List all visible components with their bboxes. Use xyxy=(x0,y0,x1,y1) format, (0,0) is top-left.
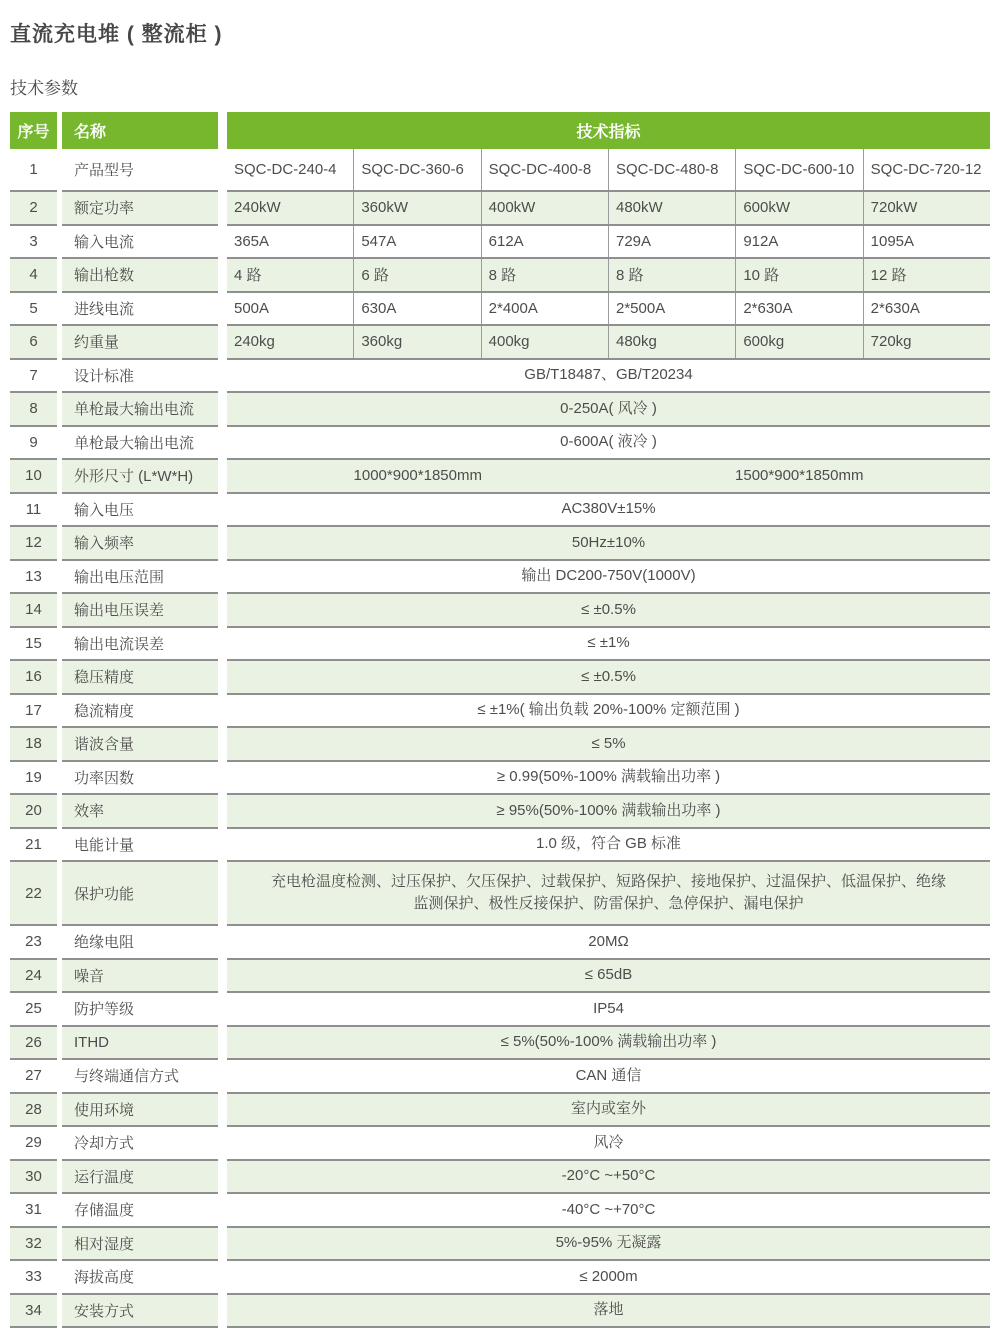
model-cell: 912A xyxy=(735,226,862,258)
table-row: 19功率因数≥ 0.99(50%-100% 满载输出功率 ) xyxy=(10,762,990,796)
table-row: 7设计标准GB/T18487、GB/T20234 xyxy=(10,360,990,394)
row-spec: -40°C ~+70°C xyxy=(227,1194,990,1228)
table-row: 12输入频率50Hz±10% xyxy=(10,527,990,561)
row-seq: 6 xyxy=(10,326,57,360)
dual-values: 1000*900*1850mm1500*900*1850mm xyxy=(227,467,990,484)
model-columns: 500A630A2*400A2*500A2*630A2*630A xyxy=(227,293,990,325)
row-name: 存储温度 xyxy=(62,1194,218,1228)
row-seq: 8 xyxy=(10,393,57,427)
table-row: 21电能计量1.0 级，符合 GB 标准 xyxy=(10,829,990,863)
dual-value: 1000*900*1850mm xyxy=(227,467,609,484)
row-seq: 26 xyxy=(10,1027,57,1061)
row-spec: 50Hz±10% xyxy=(227,527,990,561)
row-seq: 29 xyxy=(10,1127,57,1161)
row-seq: 31 xyxy=(10,1194,57,1228)
spec-value: ≥ 0.99(50%-100% 满载输出功率 ) xyxy=(227,766,990,788)
row-name: 电能计量 xyxy=(62,829,218,863)
model-cell: 2*400A xyxy=(481,293,608,325)
row-name: 防护等级 xyxy=(62,993,218,1027)
row-seq: 25 xyxy=(10,993,57,1027)
spec-value: ≤ 5%(50%-100% 满载输出功率 ) xyxy=(227,1031,990,1053)
model-columns: 365A547A612A729A912A1095A xyxy=(227,226,990,258)
row-name: 单枪最大输出电流 xyxy=(62,427,218,461)
spec-value: 1.0 级，符合 GB 标准 xyxy=(227,833,990,855)
model-cell: SQC-DC-600-10 xyxy=(735,149,862,190)
model-cell: 365A xyxy=(227,226,353,258)
model-cell: 600kg xyxy=(735,326,862,358)
row-name: 使用环境 xyxy=(62,1094,218,1128)
table-row: 22保护功能充电枪温度检测、过压保护、欠压保护、过载保护、短路保护、接地保护、过… xyxy=(10,862,990,926)
spec-value: 20MΩ xyxy=(227,931,990,953)
table-row: 25防护等级IP54 xyxy=(10,993,990,1027)
row-name: 稳压精度 xyxy=(62,661,218,695)
table-body: 1产品型号SQC-DC-240-4SQC-DC-360-6SQC-DC-400-… xyxy=(10,149,990,1328)
row-spec: 500A630A2*400A2*500A2*630A2*630A xyxy=(227,293,990,327)
model-cell: 612A xyxy=(481,226,608,258)
table-row: 16稳压精度≤ ±0.5% xyxy=(10,661,990,695)
row-spec: ≤ 5% xyxy=(227,728,990,762)
model-cell: 720kW xyxy=(863,192,990,224)
model-cell: 6 路 xyxy=(353,259,480,291)
row-name: 绝缘电阻 xyxy=(62,926,218,960)
row-seq: 24 xyxy=(10,960,57,994)
row-name: 功率因数 xyxy=(62,762,218,796)
table-row: 5进线电流500A630A2*400A2*500A2*630A2*630A xyxy=(10,293,990,327)
table-row: 10外形尺寸 (L*W*H)1000*900*1850mm1500*900*18… xyxy=(10,460,990,494)
model-cell: 12 路 xyxy=(863,259,990,291)
spec-value: 充电枪温度检测、过压保护、欠压保护、过载保护、短路保护、接地保护、过温保护、低温… xyxy=(227,871,990,915)
row-spec: 风冷 xyxy=(227,1127,990,1161)
row-name: 输出电流误差 xyxy=(62,628,218,662)
row-seq: 33 xyxy=(10,1261,57,1295)
spec-value: ≥ 95%(50%-100% 满载输出功率 ) xyxy=(227,800,990,822)
model-cell: 2*500A xyxy=(608,293,735,325)
spec-value: -40°C ~+70°C xyxy=(227,1199,990,1221)
table-row: 11输入电压AC380V±15% xyxy=(10,494,990,528)
model-cell: SQC-DC-480-8 xyxy=(608,149,735,190)
table-row: 1产品型号SQC-DC-240-4SQC-DC-360-6SQC-DC-400-… xyxy=(10,149,990,192)
row-name: 输出电压误差 xyxy=(62,594,218,628)
row-spec: IP54 xyxy=(227,993,990,1027)
row-name: 运行温度 xyxy=(62,1161,218,1195)
model-cell: 1095A xyxy=(863,226,990,258)
row-spec: 365A547A612A729A912A1095A xyxy=(227,226,990,260)
table-row: 14输出电压误差≤ ±0.5% xyxy=(10,594,990,628)
table-row: 32相对湿度5%-95% 无凝露 xyxy=(10,1228,990,1262)
row-seq: 2 xyxy=(10,192,57,226)
model-cell: 2*630A xyxy=(863,293,990,325)
row-seq: 4 xyxy=(10,259,57,293)
row-name: 进线电流 xyxy=(62,293,218,327)
table-row: 23绝缘电阻20MΩ xyxy=(10,926,990,960)
row-seq: 1 xyxy=(10,149,57,192)
table-row: 20效率≥ 95%(50%-100% 满载输出功率 ) xyxy=(10,795,990,829)
model-cell: 360kg xyxy=(353,326,480,358)
row-name: 约重量 xyxy=(62,326,218,360)
table-row: 9单枪最大输出电流0-600A( 液冷 ) xyxy=(10,427,990,461)
row-name: 输出枪数 xyxy=(62,259,218,293)
row-spec: 落地 xyxy=(227,1295,990,1329)
table-row: 26ITHD≤ 5%(50%-100% 满载输出功率 ) xyxy=(10,1027,990,1061)
row-seq: 13 xyxy=(10,561,57,595)
row-name: ITHD xyxy=(62,1027,218,1061)
dual-value: 1500*900*1850mm xyxy=(609,467,991,484)
row-seq: 7 xyxy=(10,360,57,394)
row-name: 额定功率 xyxy=(62,192,218,226)
model-cell: 400kg xyxy=(481,326,608,358)
table-row: 29冷却方式风冷 xyxy=(10,1127,990,1161)
model-cell: 240kg xyxy=(227,326,353,358)
row-seq: 21 xyxy=(10,829,57,863)
table-row: 13输出电压范围输出 DC200-750V(1000V) xyxy=(10,561,990,595)
model-cell: 8 路 xyxy=(608,259,735,291)
row-spec: 0-600A( 液冷 ) xyxy=(227,427,990,461)
table-row: 24噪音≤ 65dB xyxy=(10,960,990,994)
model-cell: SQC-DC-720-12 xyxy=(863,149,990,190)
model-cell: 720kg xyxy=(863,326,990,358)
model-columns: 4 路6 路8 路8 路10 路12 路 xyxy=(227,259,990,291)
model-columns: SQC-DC-240-4SQC-DC-360-6SQC-DC-400-8SQC-… xyxy=(227,149,990,190)
row-spec: 输出 DC200-750V(1000V) xyxy=(227,561,990,595)
model-cell: 729A xyxy=(608,226,735,258)
table-row: 30运行温度-20°C ~+50°C xyxy=(10,1161,990,1195)
model-cell: 4 路 xyxy=(227,259,353,291)
header-name: 名称 xyxy=(62,112,218,149)
spec-value: CAN 通信 xyxy=(227,1065,990,1087)
row-seq: 18 xyxy=(10,728,57,762)
row-seq: 12 xyxy=(10,527,57,561)
row-name: 谐波含量 xyxy=(62,728,218,762)
row-spec: 1000*900*1850mm1500*900*1850mm xyxy=(227,460,990,494)
spec-value: 室内或室外 xyxy=(227,1098,990,1120)
table-row: 15输出电流误差≤ ±1% xyxy=(10,628,990,662)
header-seq: 序号 xyxy=(10,112,57,149)
model-cell: 10 路 xyxy=(735,259,862,291)
row-spec: 20MΩ xyxy=(227,926,990,960)
spec-value: ≤ 5% xyxy=(227,733,990,755)
spec-value: 50Hz±10% xyxy=(227,532,990,554)
table-row: 6约重量240kg360kg400kg480kg600kg720kg xyxy=(10,326,990,360)
row-name: 安装方式 xyxy=(62,1295,218,1329)
model-cell: 600kW xyxy=(735,192,862,224)
table-row: 28使用环境室内或室外 xyxy=(10,1094,990,1128)
table-row: 33海拔高度≤ 2000m xyxy=(10,1261,990,1295)
table-row: 2额定功率240kW360kW400kW480kW600kW720kW xyxy=(10,192,990,226)
row-spec: ≤ ±1% xyxy=(227,628,990,662)
row-seq: 20 xyxy=(10,795,57,829)
spec-value: ≤ 2000m xyxy=(227,1266,990,1288)
model-cell: SQC-DC-240-4 xyxy=(227,149,353,190)
model-cell: 630A xyxy=(353,293,480,325)
row-seq: 34 xyxy=(10,1295,57,1329)
spec-table: 序号 名称 技术指标 1产品型号SQC-DC-240-4SQC-DC-360-6… xyxy=(10,112,990,1328)
row-spec: ≤ 2000m xyxy=(227,1261,990,1295)
table-row: 8单枪最大输出电流0-250A( 风冷 ) xyxy=(10,393,990,427)
table-header-row: 序号 名称 技术指标 xyxy=(10,112,990,149)
spec-value: 输出 DC200-750V(1000V) xyxy=(227,565,990,587)
row-seq: 17 xyxy=(10,695,57,729)
spec-value: ≤ 65dB xyxy=(227,964,990,986)
model-cell: 500A xyxy=(227,293,353,325)
page-subtitle: 技术参数 xyxy=(10,74,990,99)
model-cell: 360kW xyxy=(353,192,480,224)
row-seq: 11 xyxy=(10,494,57,528)
model-cell: SQC-DC-400-8 xyxy=(481,149,608,190)
row-name: 效率 xyxy=(62,795,218,829)
spec-value: 0-250A( 风冷 ) xyxy=(227,398,990,420)
model-cell: 2*630A xyxy=(735,293,862,325)
row-spec: ≥ 0.99(50%-100% 满载输出功率 ) xyxy=(227,762,990,796)
row-name: 冷却方式 xyxy=(62,1127,218,1161)
row-spec: 5%-95% 无凝露 xyxy=(227,1228,990,1262)
spec-value: -20°C ~+50°C xyxy=(227,1165,990,1187)
model-columns: 240kg360kg400kg480kg600kg720kg xyxy=(227,326,990,358)
spec-value: AC380V±15% xyxy=(227,498,990,520)
model-cell: 547A xyxy=(353,226,480,258)
model-cell: SQC-DC-360-6 xyxy=(353,149,480,190)
row-spec: CAN 通信 xyxy=(227,1060,990,1094)
model-columns: 240kW360kW400kW480kW600kW720kW xyxy=(227,192,990,224)
model-cell: 480kW xyxy=(608,192,735,224)
row-spec: 240kg360kg400kg480kg600kg720kg xyxy=(227,326,990,360)
row-seq: 14 xyxy=(10,594,57,628)
row-name: 输入电压 xyxy=(62,494,218,528)
spec-value: 落地 xyxy=(227,1299,990,1321)
row-spec: SQC-DC-240-4SQC-DC-360-6SQC-DC-400-8SQC-… xyxy=(227,149,990,192)
row-name: 与终端通信方式 xyxy=(62,1060,218,1094)
table-row: 4输出枪数4 路6 路8 路8 路10 路12 路 xyxy=(10,259,990,293)
spec-value: ≤ ±0.5% xyxy=(227,666,990,688)
row-seq: 27 xyxy=(10,1060,57,1094)
row-spec: ≥ 95%(50%-100% 满载输出功率 ) xyxy=(227,795,990,829)
row-seq: 15 xyxy=(10,628,57,662)
row-name: 单枪最大输出电流 xyxy=(62,393,218,427)
row-seq: 5 xyxy=(10,293,57,327)
row-spec: ≤ ±1%( 输出负载 20%-100% 定额范围 ) xyxy=(227,695,990,729)
spec-value: 0-600A( 液冷 ) xyxy=(227,431,990,453)
row-spec: AC380V±15% xyxy=(227,494,990,528)
row-spec: 240kW360kW400kW480kW600kW720kW xyxy=(227,192,990,226)
row-spec: -20°C ~+50°C xyxy=(227,1161,990,1195)
row-spec: ≤ 65dB xyxy=(227,960,990,994)
header-spec: 技术指标 xyxy=(227,112,990,149)
spec-value: IP54 xyxy=(227,998,990,1020)
row-spec: 0-250A( 风冷 ) xyxy=(227,393,990,427)
row-seq: 30 xyxy=(10,1161,57,1195)
row-seq: 23 xyxy=(10,926,57,960)
row-spec: 充电枪温度检测、过压保护、欠压保护、过载保护、短路保护、接地保护、过温保护、低温… xyxy=(227,862,990,926)
row-name: 输出电压范围 xyxy=(62,561,218,595)
row-name: 相对湿度 xyxy=(62,1228,218,1262)
row-name: 稳流精度 xyxy=(62,695,218,729)
table-row: 3输入电流365A547A612A729A912A1095A xyxy=(10,226,990,260)
model-cell: 240kW xyxy=(227,192,353,224)
row-name: 输入电流 xyxy=(62,226,218,260)
row-seq: 3 xyxy=(10,226,57,260)
spec-value: 5%-95% 无凝露 xyxy=(227,1232,990,1254)
row-name: 保护功能 xyxy=(62,862,218,926)
row-spec: 室内或室外 xyxy=(227,1094,990,1128)
row-name: 输入频率 xyxy=(62,527,218,561)
row-spec: ≤ 5%(50%-100% 满载输出功率 ) xyxy=(227,1027,990,1061)
spec-value: ≤ ±1%( 输出负载 20%-100% 定额范围 ) xyxy=(227,699,990,721)
row-seq: 16 xyxy=(10,661,57,695)
table-row: 31存储温度-40°C ~+70°C xyxy=(10,1194,990,1228)
model-cell: 400kW xyxy=(481,192,608,224)
row-seq: 28 xyxy=(10,1094,57,1128)
table-row: 27与终端通信方式CAN 通信 xyxy=(10,1060,990,1094)
row-name: 海拔高度 xyxy=(62,1261,218,1295)
model-cell: 8 路 xyxy=(481,259,608,291)
row-name: 设计标准 xyxy=(62,360,218,394)
row-spec: 1.0 级，符合 GB 标准 xyxy=(227,829,990,863)
row-name: 噪音 xyxy=(62,960,218,994)
spec-value: ≤ ±1% xyxy=(227,632,990,654)
table-row: 34安装方式落地 xyxy=(10,1295,990,1329)
page-title: 直流充电堆 ( 整流柜 ) xyxy=(10,18,990,48)
spec-page: 直流充电堆 ( 整流柜 ) 技术参数 序号 名称 技术指标 1产品型号SQC-D… xyxy=(0,0,1000,1328)
model-cell: 480kg xyxy=(608,326,735,358)
row-seq: 10 xyxy=(10,460,57,494)
row-seq: 32 xyxy=(10,1228,57,1262)
row-spec: 4 路6 路8 路8 路10 路12 路 xyxy=(227,259,990,293)
row-seq: 19 xyxy=(10,762,57,796)
row-seq: 9 xyxy=(10,427,57,461)
row-spec: ≤ ±0.5% xyxy=(227,661,990,695)
row-spec: ≤ ±0.5% xyxy=(227,594,990,628)
row-spec: GB/T18487、GB/T20234 xyxy=(227,360,990,394)
row-name: 外形尺寸 (L*W*H) xyxy=(62,460,218,494)
spec-value: ≤ ±0.5% xyxy=(227,599,990,621)
spec-value: GB/T18487、GB/T20234 xyxy=(227,364,990,386)
row-name: 产品型号 xyxy=(62,149,218,192)
spec-value: 风冷 xyxy=(227,1132,990,1154)
table-row: 18谐波含量≤ 5% xyxy=(10,728,990,762)
table-row: 17稳流精度≤ ±1%( 输出负载 20%-100% 定额范围 ) xyxy=(10,695,990,729)
row-seq: 22 xyxy=(10,862,57,926)
